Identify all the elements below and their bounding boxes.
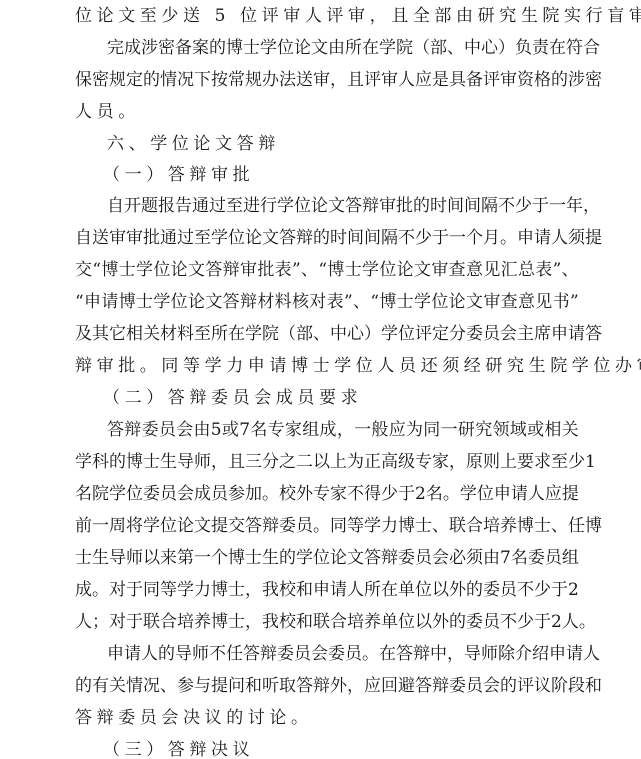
text-line: 辩审批。同等学力申请博士学位人员还须经研究生院学位办审批。 — [75, 354, 579, 378]
text-line: 人；对于联合培养博士，我校和联合培养单位以外的委员不少于2人。 — [75, 610, 579, 634]
text-line: 答辩委员会由5或7名专家组成，一般应为同一研究领域或相关 — [107, 418, 579, 442]
subsection-heading: （二）答辩委员会成员要求 — [103, 386, 607, 410]
text-line: 成。对于同等学力博士，我校和申请人所在单位以外的委员不少于2 — [75, 578, 579, 602]
subsection-heading: （三）答辩决议 — [103, 738, 607, 759]
text-line: 交“博士学位论文答辩审批表”、“博士学位论文审查意见汇总表”、 — [75, 258, 579, 282]
text-line: 位论文至少送 5 位评审人评审，且全部由研究生院实行盲审。 — [75, 4, 579, 28]
text-line: 学科的博士生导师，且三分之二以上为正高级专家，原则上要求至少1 — [75, 450, 579, 474]
subsection-heading: （一）答辩审批 — [103, 163, 607, 187]
text-line: 及其它相关材料至所在学院（部、中心）学位评定分委员会主席申请答 — [75, 322, 579, 346]
text-line: 申请人的导师不任答辩委员会委员。在答辩中，导师除介绍申请人 — [107, 642, 579, 666]
text-line: 答辩委员会决议的讨论。 — [75, 706, 579, 730]
text-line: 士生导师以来第一个博士生的学位论文答辩委员会必须由7名委员组 — [75, 546, 579, 570]
section-heading: 六、学位论文答辩 — [107, 132, 579, 156]
text-line: 保密规定的情况下按常规办法送审，且评审人应是具备评审资格的涉密 — [75, 68, 579, 92]
document-page: 位论文至少送 5 位评审人评审，且全部由研究生院实行盲审。 完成涉密备案的博士学… — [0, 0, 641, 759]
text-line: “申请博士学位论文答辩材料核对表”、“博士学位论文审查意见书” — [75, 290, 579, 314]
text-line: 的有关情况、参与提问和听取答辩外，应回避答辩委员会的评议阶段和 — [75, 674, 579, 698]
text-line: 自开题报告通过至进行学位论文答辩审批的时间间隔不少于一年， — [107, 194, 579, 218]
text-line: 名院学位委员会成员参加。校外专家不得少于2名。学位申请人应提 — [75, 482, 579, 506]
text-line: 人员。 — [75, 100, 579, 124]
text-line: 完成涉密备案的博士学位论文由所在学院（部、中心）负责在符合 — [107, 36, 579, 60]
text-line: 自送审审批通过至学位论文答辩的时间间隔不少于一个月。申请人须提 — [75, 226, 579, 250]
text-line: 前一周将学位论文提交答辩委员。同等学力博士、联合培养博士、任博 — [75, 514, 579, 538]
